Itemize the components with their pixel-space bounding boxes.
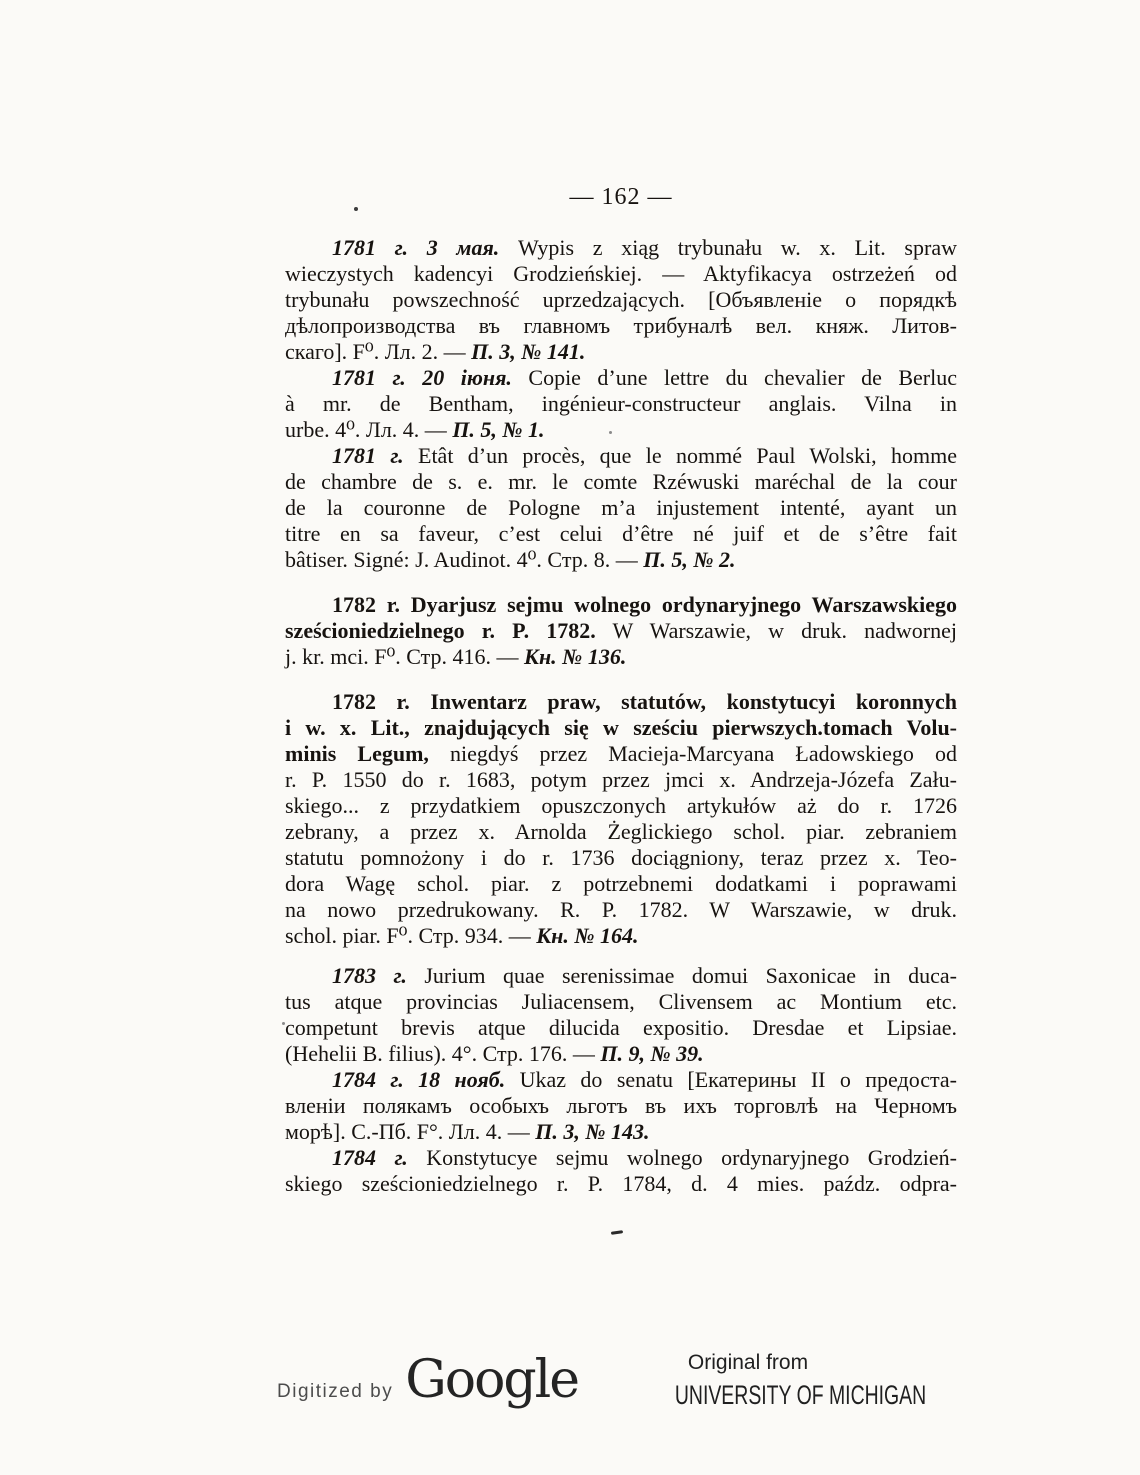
entry-1783-jurium: 1783 г. Jurium quae serenissimae domui S… — [285, 963, 957, 1067]
text-line: 1784 г. Konstytucye sejmu wolnego ordyna… — [285, 1145, 957, 1171]
scan-dash-mark — [611, 1230, 623, 1235]
text-line: à mr. de Bentham, ingénieur-constructeur… — [285, 391, 957, 417]
entry-1782-inwentarz: 1782 r. Inwentarz praw, statutów, konsty… — [285, 689, 957, 949]
scan-speck — [354, 207, 358, 211]
text-line: вленіи полякамъ особыхъ льготъ въ ихъ то… — [285, 1093, 957, 1119]
text-line: 1782 r. Dyarjusz sejmu wolnego ordynaryj… — [285, 592, 957, 618]
text-line: tus atque provincias Juliacensem, Cliven… — [285, 989, 957, 1015]
text-line: bâtiser. Signé: J. Audinot. 4⁰. Стр. 8. … — [285, 547, 957, 573]
text-line: urbe. 4⁰. Лл. 4. — П. 5, № 1. — [285, 417, 957, 443]
digitized-by-google-watermark: Digitized by Google — [277, 1350, 578, 1410]
text-line: j. kr. mci. F⁰. Стр. 416. — Кн. № 136. — [285, 644, 957, 670]
text-line: скаго]. F⁰. Лл. 2. — П. 3, № 141. — [285, 339, 957, 365]
text-line: de la couronne de Pologne m’a injustemen… — [285, 495, 957, 521]
text-line: minis Legum, niegdyś przez Macieja-Marcy… — [285, 741, 957, 767]
text-line: titre en sa faveur, c’est celui d’être n… — [285, 521, 957, 547]
text-line: dora Wagę schol. piar. z potrzebnemi dod… — [285, 871, 957, 897]
text-line: sześcioniedzielnego r. P. 1782. W Warsza… — [285, 618, 957, 644]
entry-1781-etat-proces: 1781 г. Etât d’un procès, que le nommé P… — [285, 443, 957, 573]
book-page: — 162 — 1781 г. 3 мая. Wypis z xiąg tryb… — [0, 0, 1140, 1475]
text-line: r. P. 1550 do r. 1683, potym przez jmci … — [285, 767, 957, 793]
google-logo: Google — [405, 1350, 578, 1410]
original-from-label: Original from — [626, 1351, 870, 1375]
text-line: statutu pomnożony i do r. 1736 dociągnio… — [285, 845, 957, 871]
text-line: skiego... z przydatkiem opuszczonych art… — [285, 793, 957, 819]
provenance-stamp: Original from UNIVERSITY OF MICHIGAN — [626, 1351, 870, 1409]
text-line: 1782 r. Inwentarz praw, statutów, konsty… — [285, 689, 957, 715]
text-line: 1781 г. 3 мая. Wypis z xiąg trybunału w.… — [285, 235, 957, 261]
scan-speck — [609, 431, 612, 434]
text-line: na nowo przedrukowany. R. P. 1782. W War… — [285, 897, 957, 923]
text-line: trybunału powszechność uprzedzających. [… — [285, 287, 957, 313]
text-line: (Hehelii B. filius). 4°. Стр. 176. — П. … — [285, 1041, 957, 1067]
text-line: skiego sześcioniedzielnego r. P. 1784, d… — [285, 1171, 957, 1197]
text-line: морѣ]. С.-Пб. F°. Лл. 4. — П. 3, № 143. — [285, 1119, 957, 1145]
text-line: schol. piar. F⁰. Стр. 934. — Кн. № 164. — [285, 923, 957, 949]
text-line: 1781 г. Etât d’un procès, que le nommé P… — [285, 443, 957, 469]
text-line: wieczystych kadencyi Grodzieńskiej. — Ak… — [285, 261, 957, 287]
page-number: — 162 — — [285, 184, 957, 211]
digitized-by-label: Digitized by — [277, 1381, 393, 1403]
text-line: competunt brevis atque dilucida expositi… — [285, 1015, 957, 1041]
text-line: 1784 г. 18 нояб. Ukaz do senatu [Екатери… — [285, 1067, 957, 1093]
scan-speck — [282, 1022, 285, 1025]
text-line: zebrany, a przez x. Arnolda Żeglickiego … — [285, 819, 957, 845]
text-line: 1781 г. 20 іюня. Copie d’une lettre du c… — [285, 365, 957, 391]
text-line: i w. x. Lit., znajdujących się w sześciu… — [285, 715, 957, 741]
entry-1784-konstytucye: 1784 г. Konstytucye sejmu wolnego ordyna… — [285, 1145, 957, 1197]
text-line: 1783 г. Jurium quae serenissimae domui S… — [285, 963, 957, 989]
entry-1781-june-20: 1781 г. 20 іюня. Copie d’une lettre du c… — [285, 365, 957, 443]
entry-1782-dyarjusz: 1782 r. Dyarjusz sejmu wolnego ordynaryj… — [285, 592, 957, 670]
text-block: 1781 г. 3 мая. Wypis z xiąg trybunału w.… — [285, 235, 957, 1197]
text-line: дѣлопроизводства въ главномъ трибуналѣ в… — [285, 313, 957, 339]
institution-label: UNIVERSITY OF MICHIGAN — [675, 1382, 926, 1409]
entry-1784-ukaz: 1784 г. 18 нояб. Ukaz do senatu [Екатери… — [285, 1067, 957, 1145]
entry-1781-may-3: 1781 г. 3 мая. Wypis z xiąg trybunału w.… — [285, 235, 957, 365]
text-line: de chambre de s. e. mr. le comte Rzéwusk… — [285, 469, 957, 495]
